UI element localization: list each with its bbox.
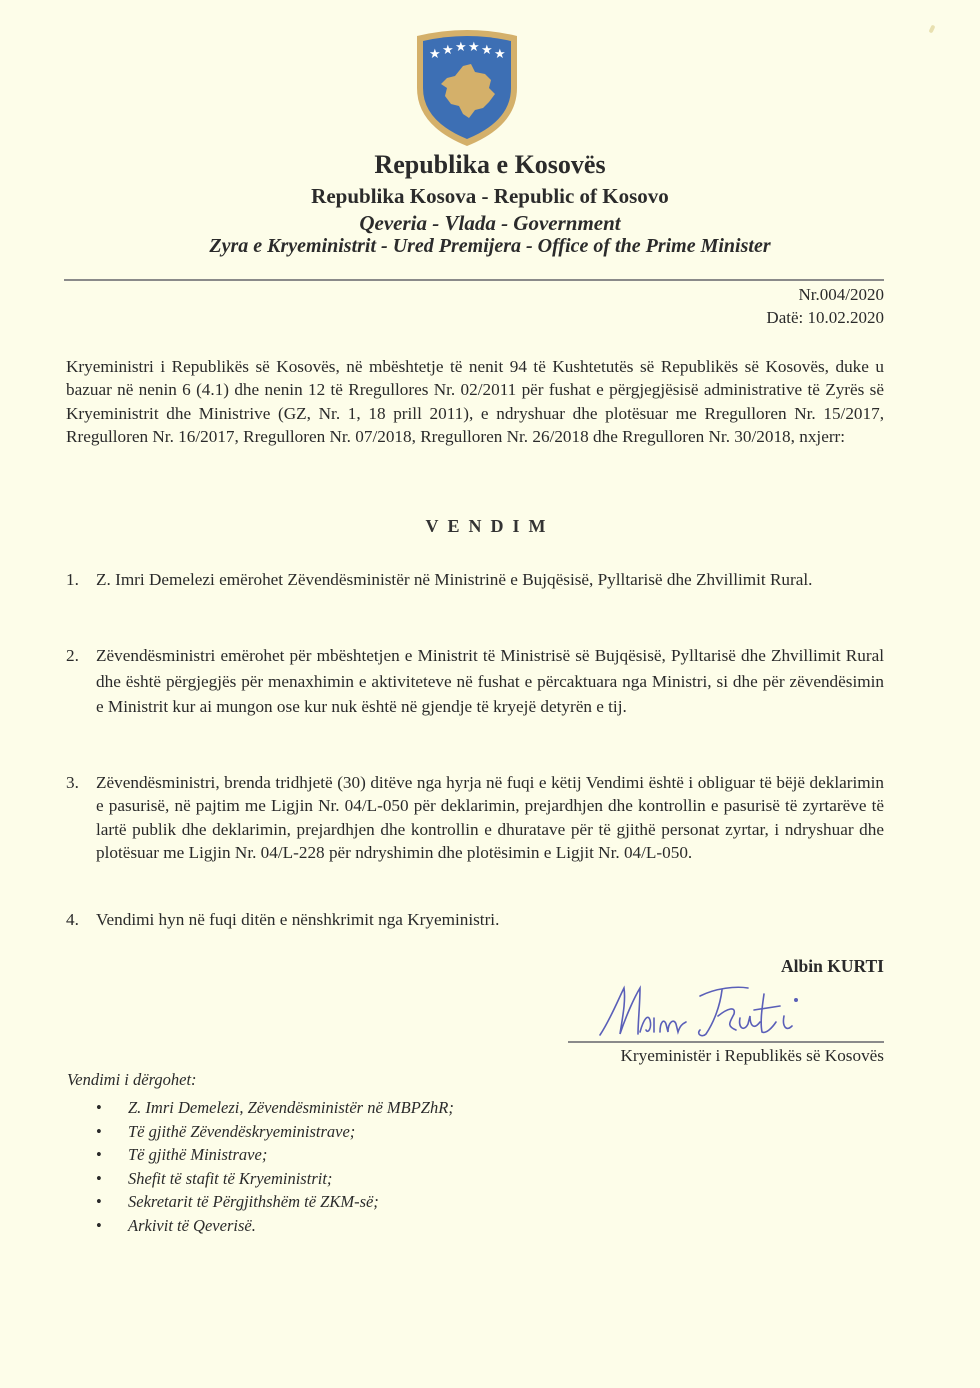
svg-text:★: ★ [455, 40, 467, 55]
item-number: 4. [66, 907, 94, 933]
item-text: Vendimi hyn në fuqi ditën e nënshkrimit … [96, 907, 884, 933]
decision-item: 4. Vendimi hyn në fuqi ditën e nënshkrim… [66, 907, 884, 933]
distribution-recipient: •Të gjithë Ministrave; [96, 1143, 454, 1167]
svg-text:★: ★ [442, 43, 454, 58]
distribution-list: •Z. Imri Demelezi, Zëvendësministër në M… [96, 1096, 454, 1237]
header-government: Qeveria - Vlada - Government [0, 211, 980, 236]
item-text: Zëvendësministri emërohet për mbështetje… [96, 643, 884, 720]
signature-line [568, 1041, 884, 1043]
decision-item: 2. Zëvendësministri emërohet për mbështe… [66, 643, 884, 720]
distribution-recipient: •Arkivit të Qeverisë. [96, 1214, 454, 1238]
distribution-recipient: •Sekretarit të Përgjithshëm të ZKM-së; [96, 1190, 454, 1214]
signatory-title: Kryeministër i Republikës së Kosovës [620, 1046, 884, 1066]
distribution-recipient: •Z. Imri Demelezi, Zëvendësministër në M… [96, 1096, 454, 1120]
paper-speck [928, 25, 935, 34]
bullet-icon: • [96, 1096, 102, 1120]
kosovo-coat-of-arms-icon: ★ ★ ★ ★ ★ ★ [413, 28, 521, 148]
bullet-icon: • [96, 1120, 102, 1144]
header-country-name-translations: Republika Kosova - Republic of Kosovo [0, 184, 980, 209]
header-divider [64, 279, 884, 281]
signatory-name: Albin KURTI [781, 956, 884, 977]
decision-title: VENDIM [0, 516, 980, 537]
bullet-icon: • [96, 1167, 102, 1191]
item-number: 3. [66, 771, 94, 794]
decision-item: 1. Z. Imri Demelezi emërohet Zëvendësmin… [66, 567, 884, 593]
document-number: Nr.004/2020 [799, 285, 884, 305]
bullet-icon: • [96, 1190, 102, 1214]
svg-text:★: ★ [468, 40, 480, 55]
header-country-name: Republika e Kosovës [0, 150, 980, 180]
svg-text:★: ★ [494, 47, 506, 62]
item-text: Z. Imri Demelezi emërohet Zëvendësminist… [96, 567, 884, 593]
distribution-label: Vendimi i dërgohet: [67, 1070, 197, 1090]
header-office: Zyra e Kryeministrit - Ured Premijera - … [0, 235, 980, 258]
decision-item: 3. Zëvendësministri, brenda tridhjetë (3… [66, 771, 884, 865]
svg-text:★: ★ [481, 43, 493, 58]
distribution-recipient: •Të gjithë Zëvendëskryeministrave; [96, 1120, 454, 1144]
item-number: 2. [66, 643, 94, 669]
item-number: 1. [66, 567, 94, 593]
distribution-recipient: •Shefit të stafit të Kryeministrit; [96, 1167, 454, 1191]
svg-text:★: ★ [429, 47, 441, 62]
bullet-icon: • [96, 1143, 102, 1167]
item-text: Zëvendësministri, brenda tridhjetë (30) … [96, 771, 884, 865]
bullet-icon: • [96, 1214, 102, 1238]
preamble-paragraph: Kryeministri i Republikës së Kosovës, në… [66, 355, 884, 449]
document-date: Datë: 10.02.2020 [766, 308, 884, 328]
handwritten-signature-icon [596, 980, 826, 1042]
